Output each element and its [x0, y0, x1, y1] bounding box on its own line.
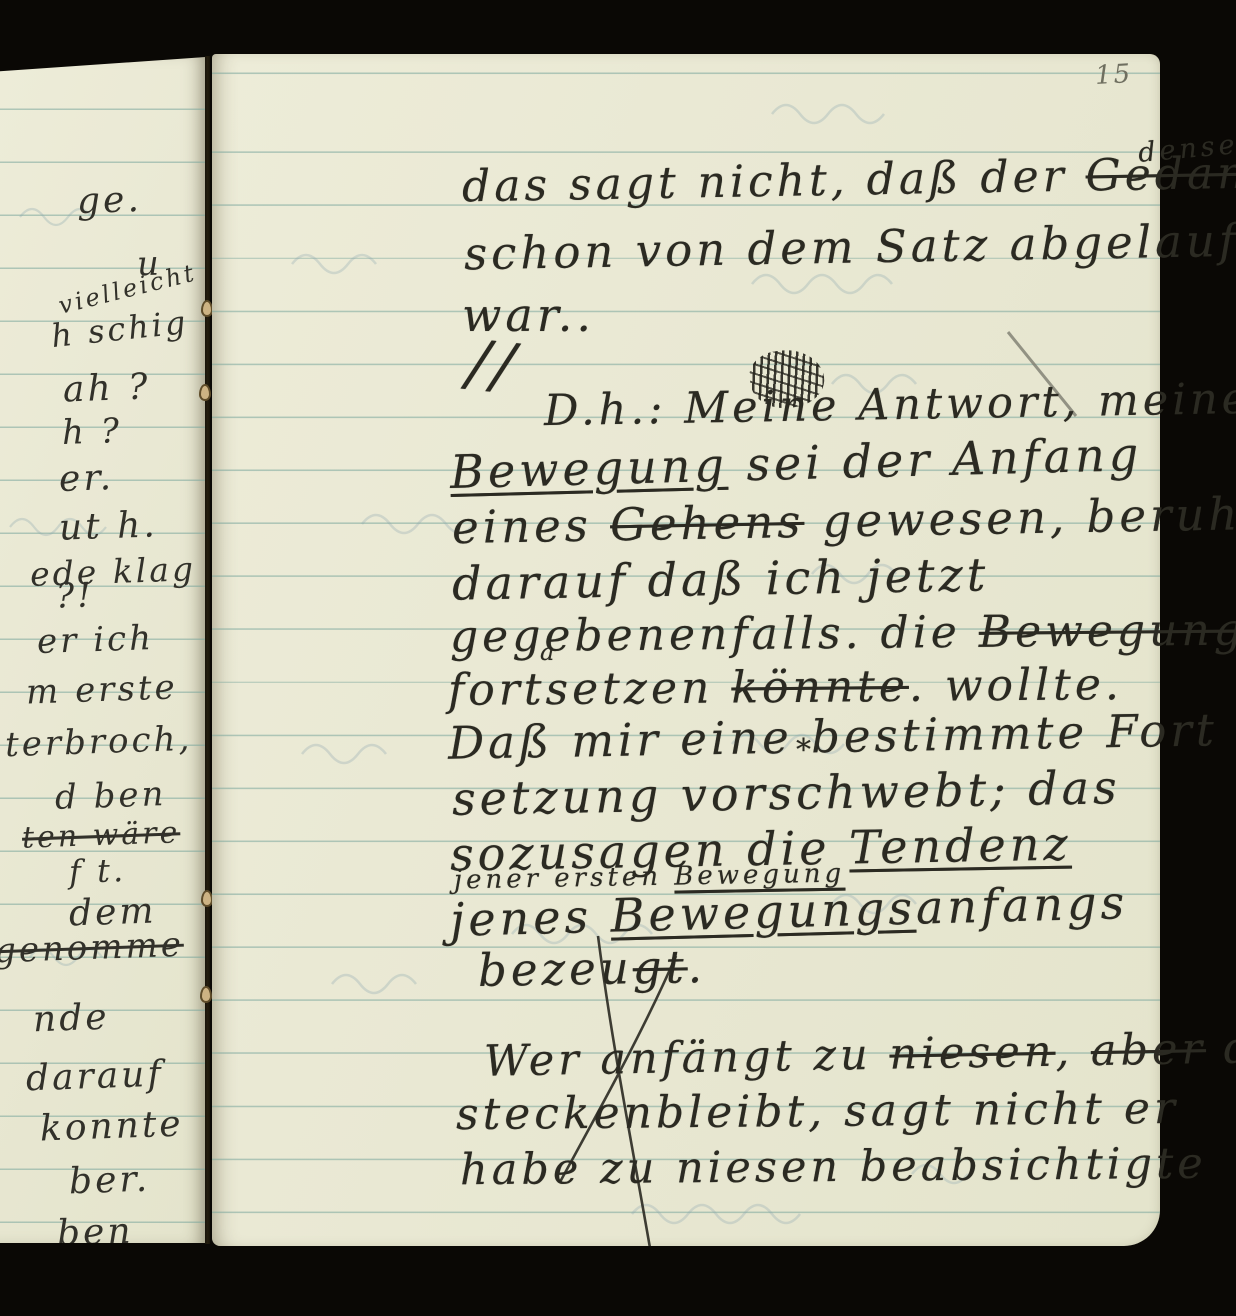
- handwriting-line: gegebenenfalls. die Bewegung: [450, 609, 1236, 660]
- handwriting-line: denselb: [1137, 128, 1236, 167]
- facing-page-fragment: ah ?: [62, 369, 151, 408]
- handwriting-line: fortsetzen könnte. wollte.: [448, 663, 1123, 713]
- facing-page-fragment: f t.: [68, 854, 126, 888]
- handwriting-segment: ,: [1055, 1026, 1091, 1077]
- handwriting-line: eines Gehens gewesen, beruht: [452, 491, 1236, 550]
- handwriting-segment: setzung vorschwebt; das: [452, 760, 1122, 826]
- handwriting-line: *: [796, 736, 815, 766]
- handwriting-strike-segment: könnte: [731, 661, 909, 714]
- handwriting-segment: gegebenenfalls. die: [450, 607, 979, 663]
- facing-page-fragment: ge.: [77, 182, 143, 220]
- facing-page-fragment: ede klag: [29, 552, 196, 591]
- handwriting-line: steckenbleibt, sagt nicht er: [456, 1087, 1179, 1137]
- facing-page-fragment: genomme: [0, 928, 185, 969]
- facing-page-fragment: ten wäre: [21, 818, 180, 854]
- handwriting-line: Wer anfängt zu niesen, aber d: [484, 1027, 1236, 1083]
- handwriting-segment: jenes: [449, 889, 611, 947]
- handwriting-segment: schon von dem Satz abgelaufen: [464, 213, 1236, 281]
- handwriting-segment: habe zu niesen beabsichtigte: [460, 1139, 1207, 1196]
- facing-page-fragment: m erste: [26, 670, 179, 709]
- facing-page-fragment: ber.: [68, 1162, 150, 1201]
- facing-page-fragment: terbroch,: [4, 722, 192, 763]
- facing-page-fragment: er.: [58, 460, 114, 498]
- handwriting-segment: *: [796, 733, 815, 768]
- binding-stitch: [199, 384, 211, 401]
- binding-seam: [205, 56, 210, 1244]
- handwriting-segment: darauf daß ich jetzt: [452, 547, 990, 610]
- manuscript-photo: ge.uvielleichth schigah ?h ?er.ut h.ede …: [0, 0, 1236, 1316]
- handwriting-underline-segment: Bewegungs: [610, 881, 917, 943]
- handwriting-underline-segment: Bewegung: [449, 438, 728, 499]
- facing-page-edge: ge.uvielleichth schigah ?h ?er.ut h.ede …: [0, 57, 206, 1243]
- facing-page-fragment: nde: [33, 1000, 111, 1039]
- handwriting-segment: fortsetzen: [448, 662, 732, 715]
- handwriting-strike-segment: niesen: [889, 1027, 1056, 1080]
- handwriting-line: //: [465, 332, 521, 399]
- handwriting-segment: anfangs: [915, 875, 1129, 935]
- handwriting-line: a: [540, 640, 558, 664]
- handwriting-segment: gewesen, beruht: [804, 487, 1236, 548]
- notebook-page: das sagt nicht, daß der Gedankedenselbsc…: [212, 54, 1160, 1246]
- facing-page-fragment: er ich: [36, 621, 154, 659]
- handwriting-strike-segment: gt: [632, 940, 688, 994]
- handwriting-segment: a: [540, 638, 558, 666]
- handwriting-line: Daß mir eine bestimmte Fort: [448, 707, 1219, 765]
- handwriting-line: habe zu niesen beabsichtigte: [460, 1143, 1207, 1193]
- facing-page-fragment: d ben: [54, 777, 166, 815]
- facing-page-fragment: ben: [57, 1214, 135, 1253]
- handwriting-line: darauf daß ich jetzt: [452, 551, 990, 606]
- handwriting-segment: Wer anfängt zu: [484, 1030, 890, 1087]
- handwriting-segment: sei der Anfang: [727, 427, 1143, 492]
- handwriting-line: bezeugt.: [478, 944, 707, 993]
- facing-page-fragment: ut h.: [59, 507, 159, 546]
- handwriting-segment: .: [687, 940, 706, 993]
- page-number: 15: [1094, 59, 1133, 91]
- handwriting-segment: das sagt nicht, daß der: [462, 151, 1086, 213]
- handwriting-line: Bewegung sei der Anfang: [450, 431, 1143, 495]
- handwriting-segment: d: [1206, 1023, 1236, 1074]
- facing-page-fragment: darauf: [26, 1057, 165, 1098]
- facing-page-fragment: h ?: [61, 414, 122, 450]
- binding-stitch: [200, 986, 212, 1003]
- handwriting-strike-segment: Bewegung: [979, 605, 1236, 658]
- handwriting-line: setzung vorschwebt; das: [452, 764, 1121, 822]
- handwriting-line: das sagt nicht, daß der Gedanke: [462, 151, 1236, 210]
- facing-page-fragment: konnte: [40, 1107, 185, 1148]
- handwriting-segment: eines: [452, 498, 611, 554]
- handwriting-segment: steckenbleibt, sagt nicht er: [456, 1083, 1179, 1140]
- handwriting-segment: bezeu: [478, 941, 634, 997]
- handwriting-line: D.h.: Meine Antwort, meine: [544, 378, 1236, 433]
- handwriting-underline-segment: Tendenz: [849, 817, 1072, 875]
- handwriting-strike-segment: Gehens: [610, 495, 805, 551]
- handwriting-segment: //: [464, 326, 521, 404]
- facing-page-fragment: ?!: [56, 578, 95, 613]
- handwriting-segment: . wollte.: [909, 659, 1123, 712]
- handwriting-strike-segment: aber: [1090, 1024, 1206, 1076]
- handwriting-line: schon von dem Satz abgelaufen: [464, 217, 1236, 277]
